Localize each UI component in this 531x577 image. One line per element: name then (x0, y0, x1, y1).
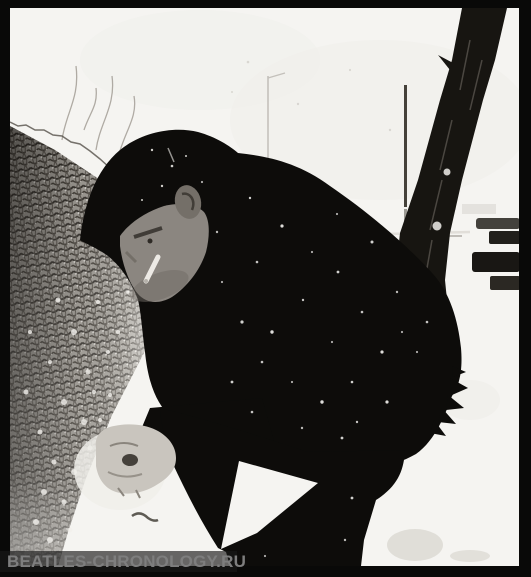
eye (148, 239, 153, 244)
watermark-bar: BEATLES-CHRONOLOGY.RU (0, 551, 237, 572)
photo-frame: BEATLES-CHRONOLOGY.RU (0, 0, 531, 577)
photo-illustration (0, 0, 531, 577)
watermark-text: BEATLES-CHRONOLOGY.RU (0, 551, 246, 572)
